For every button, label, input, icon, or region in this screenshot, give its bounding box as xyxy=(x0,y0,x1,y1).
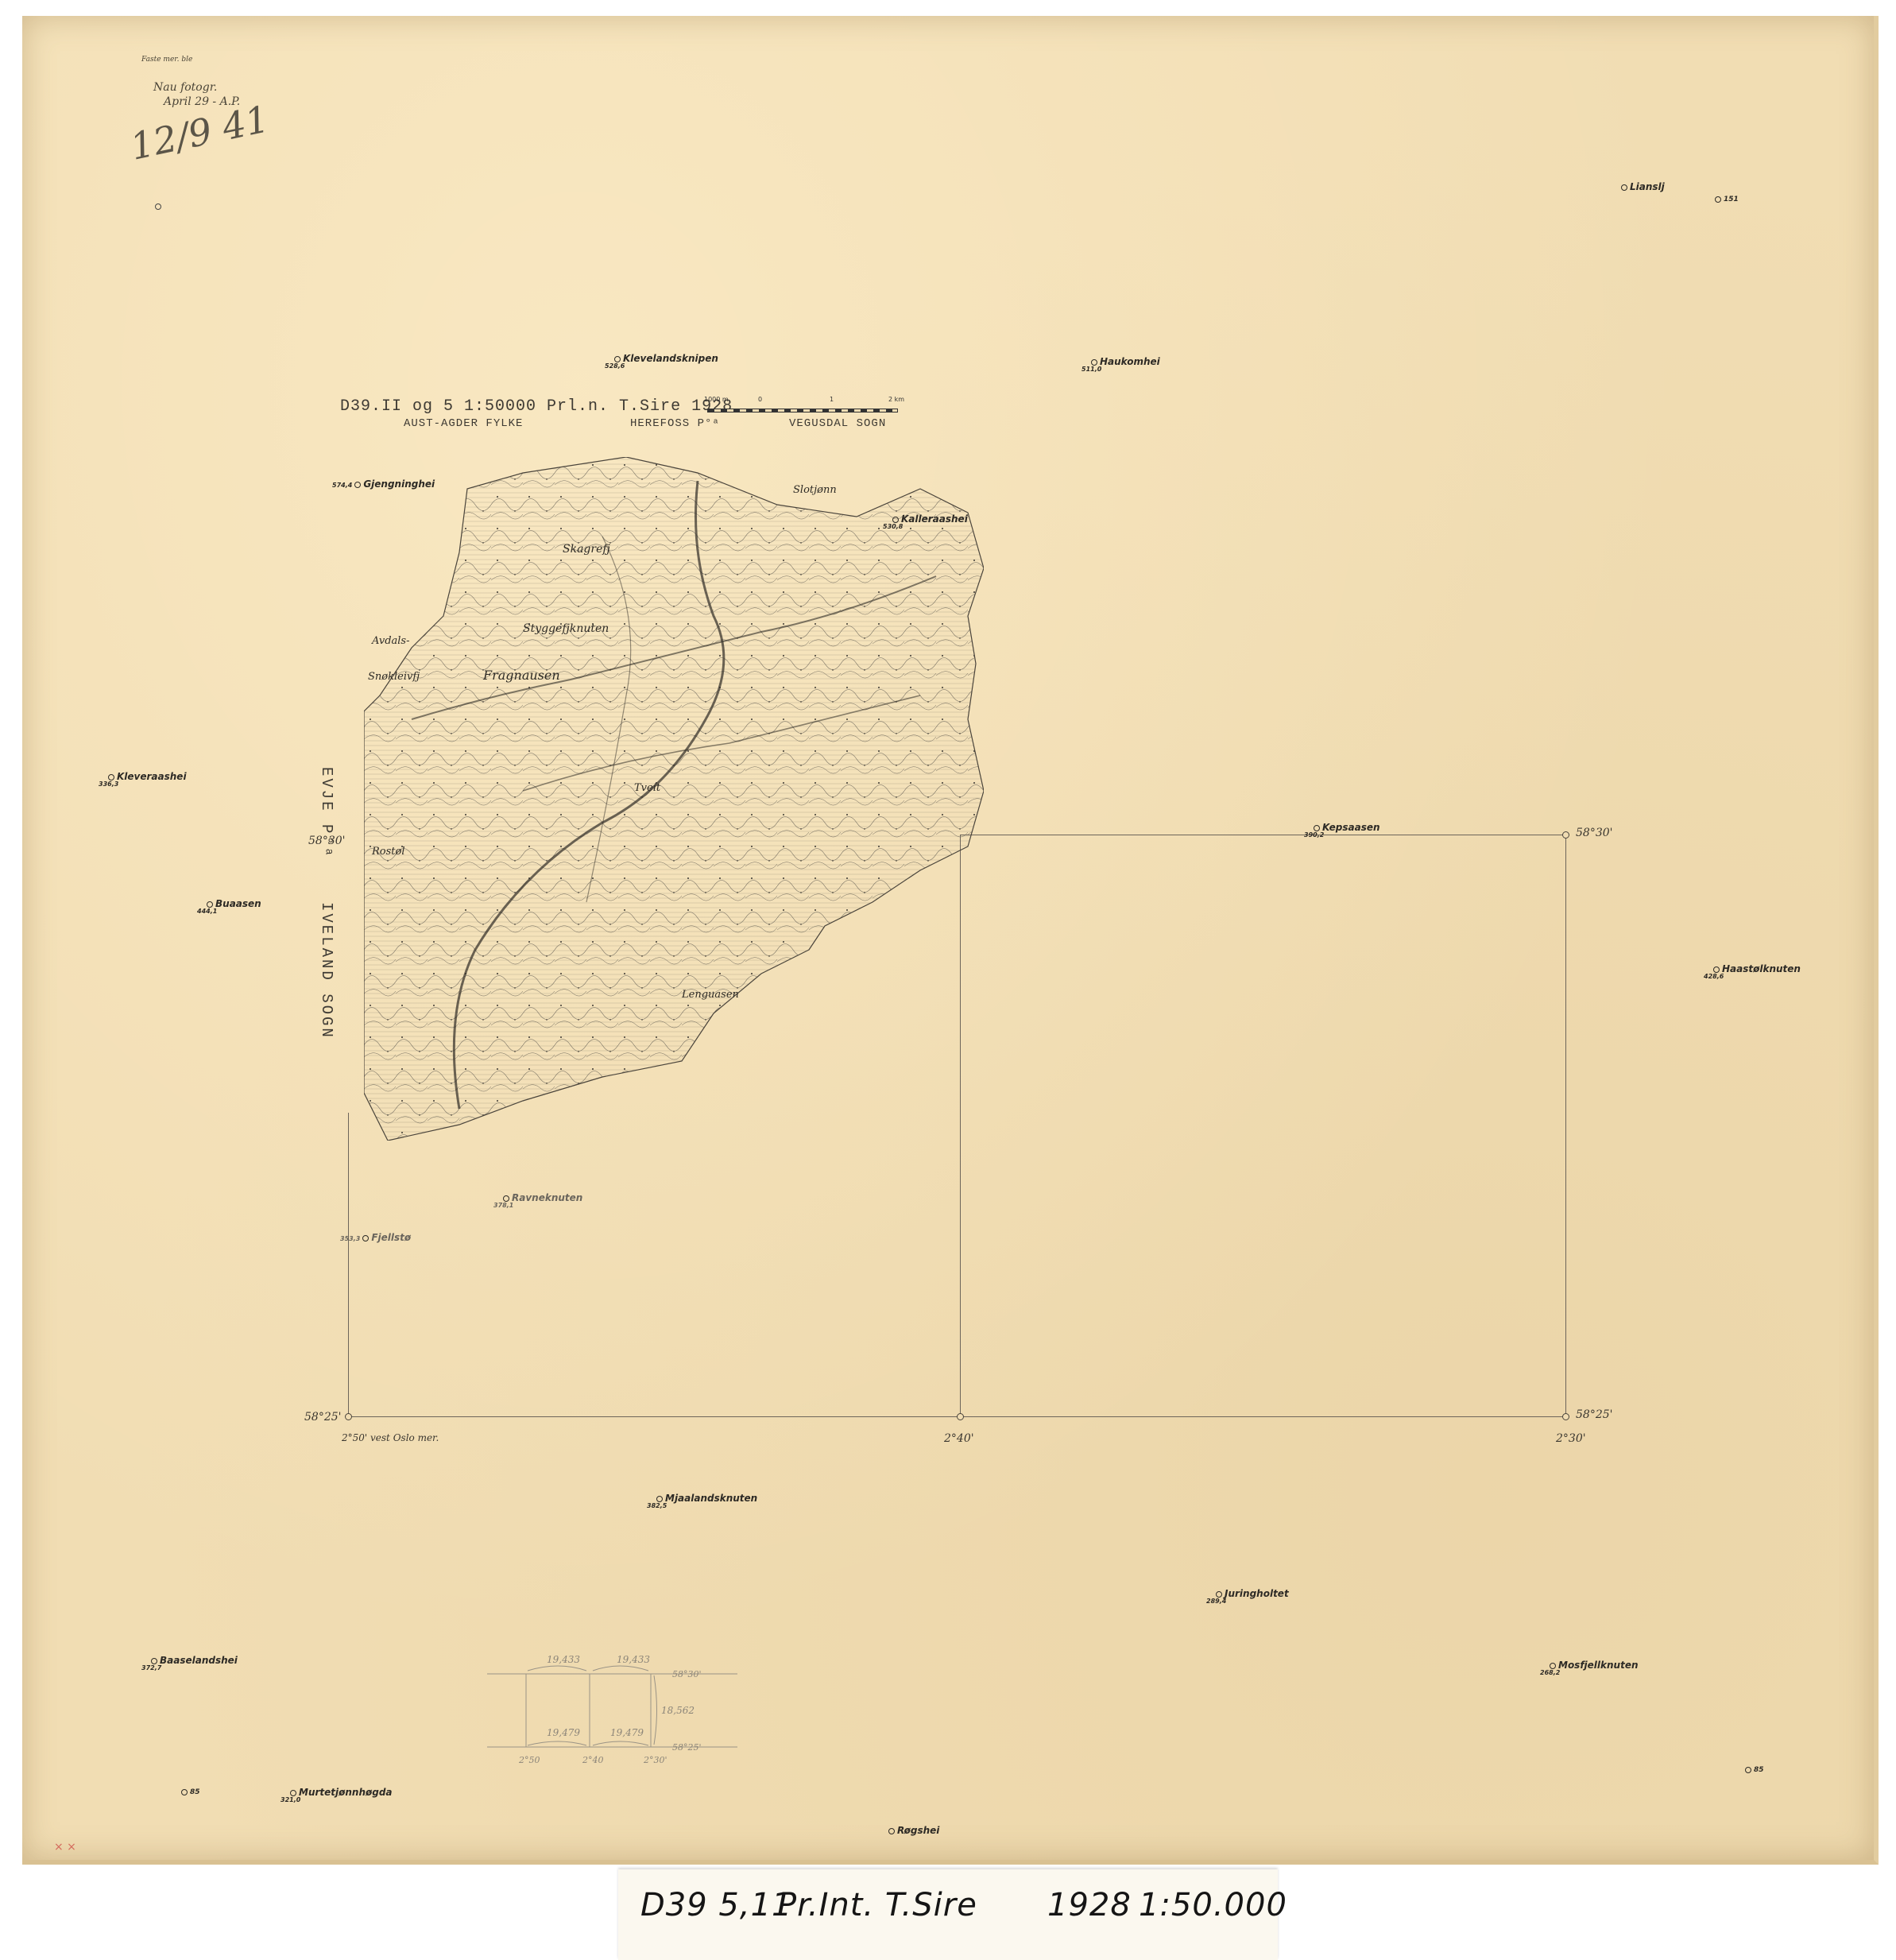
trig-point-icon xyxy=(614,356,621,362)
grid-corner-ne xyxy=(1562,831,1569,839)
svg-text:19,433: 19,433 xyxy=(547,1654,580,1665)
trig-point-icon xyxy=(108,774,114,781)
place-haukomhei: Haukomhei511,0 xyxy=(1091,356,1160,367)
label-sheet-id: D39 5,11 xyxy=(640,1887,792,1923)
trig-point-icon xyxy=(362,1235,369,1241)
svg-text:19,479: 19,479 xyxy=(547,1727,580,1738)
parish-iveland: IVELAND SOGN xyxy=(318,902,335,1040)
grid-corner-se xyxy=(1562,1413,1569,1420)
lon-label-mid: 2°40' xyxy=(944,1432,974,1445)
trig-station-icon xyxy=(1715,196,1721,203)
trig-marker-151: 151 xyxy=(1715,196,1739,203)
scale-bar-graphic xyxy=(707,409,898,413)
trig-station-icon xyxy=(1745,1767,1751,1773)
lat-label-bottom-right: 58°25' xyxy=(1576,1408,1612,1421)
red-pencil-mark: × × xyxy=(54,1841,76,1853)
grid-line-2-30 xyxy=(1565,835,1566,1416)
lon-label-left: 2°50' vest Oslo mer. xyxy=(342,1432,439,1443)
svg-text:Fragnausen: Fragnausen xyxy=(482,668,560,683)
label-scale: 1:50.000 xyxy=(1139,1887,1287,1923)
handwritten-small-note: Faste mer. ble xyxy=(141,56,192,64)
svg-text:Slotjønn: Slotjønn xyxy=(793,484,837,496)
scale-label-1: 1 xyxy=(830,396,834,403)
svg-text:58°25': 58°25' xyxy=(672,1742,702,1753)
place-fjellsto: 353,3Fjellstø xyxy=(340,1232,411,1243)
trig-point-icon xyxy=(354,482,361,488)
trig-point-icon xyxy=(1091,359,1097,366)
trig-point-icon xyxy=(656,1496,663,1502)
trig-point-icon xyxy=(888,1828,895,1834)
trig-point-icon xyxy=(1314,825,1320,831)
svg-text:Skagrefj: Skagrefj xyxy=(563,543,611,556)
trig-point-icon xyxy=(1550,1663,1556,1669)
grid-corner-sw xyxy=(345,1413,352,1420)
svg-text:2°50: 2°50 xyxy=(518,1755,540,1764)
scale-bar: 1000 m 0 1 2 km xyxy=(704,396,942,420)
place-mjaalandsknuten: Mjaalandsknuten382,5 xyxy=(656,1493,757,1504)
svg-text:2°30': 2°30' xyxy=(643,1755,667,1764)
svg-text:Snøkleivfj: Snøkleivfj xyxy=(368,671,420,683)
trig-station-icon xyxy=(181,1789,188,1795)
parish-evje: EVJE P°ᵃ xyxy=(318,767,335,858)
lat-label-bottom-left: 58°25' xyxy=(304,1411,341,1424)
trig-point-icon xyxy=(892,517,899,523)
trig-point-icon xyxy=(1216,1591,1222,1598)
trig-point-icon xyxy=(1621,184,1627,191)
svg-text:19,479: 19,479 xyxy=(610,1727,644,1738)
place-ravneknuten: Ravneknuten378,1 xyxy=(503,1192,582,1203)
scale-label-1000m: 1000 m xyxy=(704,396,729,403)
trig-point-icon xyxy=(207,901,213,908)
svg-text:2°40: 2°40 xyxy=(582,1755,604,1764)
catalogue-label: D39 5,11 Pr.Int. T.Sire 1928 1:50.000 xyxy=(618,1869,1278,1960)
svg-text:Lenguasen: Lenguasen xyxy=(681,989,739,1001)
label-author: Pr.Int. T.Sire xyxy=(777,1887,977,1923)
trig-marker-se: 85 xyxy=(1745,1766,1764,1774)
place-buaasen: Buaasen444,1 xyxy=(207,898,261,909)
trig-point-icon xyxy=(503,1195,509,1202)
place-murtetjonnhogda: Murtetjønnhøgda321,0 xyxy=(290,1787,393,1798)
grid-line-58-30 xyxy=(960,835,1565,835)
svg-text:Styggefjknuten: Styggefjknuten xyxy=(523,622,609,635)
scale-label-2km: 2 km xyxy=(888,396,904,403)
svg-text:19,433: 19,433 xyxy=(617,1654,650,1665)
svg-text:Avdals-: Avdals- xyxy=(371,635,410,647)
county-label: AUST-AGDER FYLKE xyxy=(404,417,523,430)
trig-point-icon xyxy=(290,1790,296,1796)
place-gjengninghei: 574,4Gjengninghei xyxy=(332,478,435,490)
sheet-title-stamp: D39.II og 5 1:50000 Prl.n. T.Sire 1928 xyxy=(340,397,733,416)
lon-label-right: 2°30' xyxy=(1556,1432,1586,1445)
label-year: 1928 xyxy=(1047,1887,1132,1923)
place-kepsaasen: Kepsaasen390,2 xyxy=(1314,822,1380,833)
svg-text:Tveit: Tveit xyxy=(634,782,661,794)
scale-label-0: 0 xyxy=(758,396,762,403)
grid-corner-s-mid xyxy=(957,1413,964,1420)
handwritten-note-line1: Nau fotogr. xyxy=(153,81,217,94)
map-sheet: Faste mer. ble Nau fotogr. April 29 - A.… xyxy=(22,16,1879,1865)
place-kleveraashei: Kleveraashei336,3 xyxy=(108,771,187,782)
pencil-sheet-diagram: 19,433 19,433 19,479 19,479 18,562 58°30… xyxy=(483,1621,785,1764)
svg-text:18,562: 18,562 xyxy=(661,1705,695,1716)
place-kalleraashei: Kalleraashei530,8 xyxy=(892,513,968,525)
trig-point-icon xyxy=(151,1658,157,1664)
topographic-detail-area: Skagrefj Styggefjknuten Avdals- Snøkleiv… xyxy=(364,457,984,1141)
svg-text:58°30': 58°30' xyxy=(672,1669,702,1679)
corner-circle-marker xyxy=(155,203,161,210)
place-lianslj: Lianslj xyxy=(1621,181,1665,192)
place-juringholtet: Juringholtet289,4 xyxy=(1216,1588,1289,1599)
place-baaselandshei: Baaselandshei372,7 xyxy=(151,1655,238,1666)
place-mosfjellknuten: Mosfjellknuten268,2 xyxy=(1550,1660,1639,1671)
place-haastolknuten: Haastølknuten428,6 xyxy=(1713,963,1801,974)
svg-text:Rostøl: Rostøl xyxy=(371,846,405,858)
place-rogshei: Røgshei xyxy=(888,1825,939,1836)
place-klevelandsknipen: Klevelandsknipen528,6 xyxy=(614,353,718,364)
grid-line-2-50 xyxy=(348,1113,349,1416)
lat-label-top-right: 58°30' xyxy=(1576,827,1612,839)
trig-marker-sw: 85 xyxy=(181,1788,200,1796)
trig-point-icon xyxy=(1713,966,1720,973)
